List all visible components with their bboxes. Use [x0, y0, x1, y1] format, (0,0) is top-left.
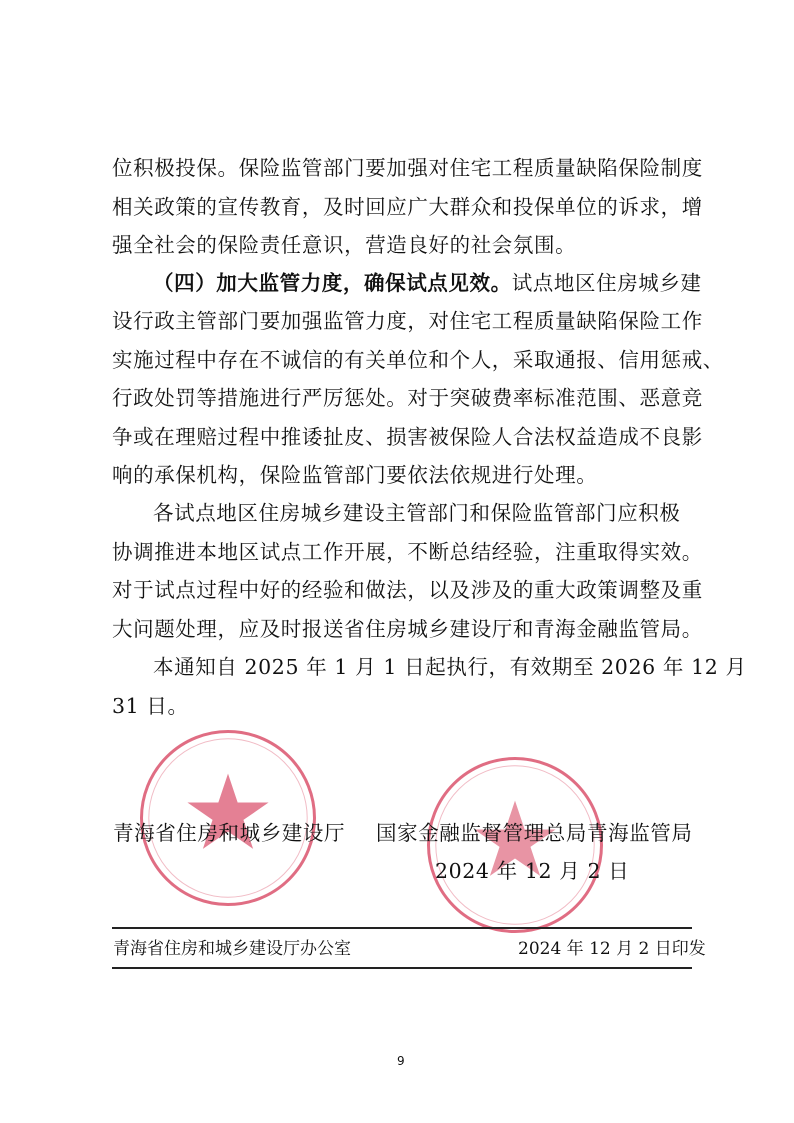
footer-issue-date: 2024 年 12 月 2 日印发: [518, 938, 706, 960]
footer-issuer: 青海省住房和城乡建设厅办公室: [113, 938, 351, 960]
seal-star-icon: [143, 733, 313, 903]
body-line: 协调推进本地区试点工作开展，不断总结经验，注重取得实效。: [112, 539, 692, 565]
body-line: 本通知自 2025 年 1 月 1 日起执行，有效期至 2026 年 12 月: [153, 654, 693, 680]
body-line: 响的承保机构，保险监管部门要依法依规进行处理。: [112, 462, 692, 488]
document-page: 位积极投保。保险监管部门要加强对住宅工程质量缺陷保险制度 相关政策的宣传教育，及…: [0, 0, 794, 1123]
official-seal-left: [140, 730, 316, 906]
body-line: 行政处罚等措施进行严厉惩处。对于突破费率标准范围、恶意竞: [112, 385, 692, 411]
signatory-right: 国家金融监督管理总局青海监管局: [376, 820, 693, 846]
page-number: 9: [397, 1054, 405, 1068]
body-line: 位积极投保。保险监管部门要加强对住宅工程质量缺陷保险制度: [112, 155, 692, 181]
section-heading-line: （四）加大监管力度，确保试点见效。试点地区住房城乡建: [153, 270, 693, 296]
body-line: 对于试点过程中好的经验和做法，以及涉及的重大政策调整及重: [112, 577, 692, 603]
footer-top-rule: [112, 927, 692, 929]
body-line: 设行政主管部门要加强监管力度，对住宅工程质量缺陷保险工作: [112, 308, 692, 334]
body-text: 试点地区住房城乡建: [512, 271, 702, 295]
body-line: 实施过程中存在不诚信的有关单位和个人，采取通报、信用惩戒、: [112, 347, 692, 373]
signatory-left: 青海省住房和城乡建设厅: [113, 820, 345, 846]
signature-date: 2024 年 12 月 2 日: [435, 858, 629, 884]
body-line: 大问题处理，应及时报送省住房城乡建设厅和青海金融监管局。: [112, 616, 692, 642]
body-line: 各试点地区住房城乡建设主管部门和保险监管部门应积极: [153, 500, 693, 526]
body-line: 31 日。: [112, 693, 692, 719]
footer-bottom-rule: [112, 967, 692, 969]
body-line: 争或在理赔过程中推诿扯皮、损害被保险人合法权益造成不良影: [112, 424, 692, 450]
body-line: 强全社会的保险责任意识，营造良好的社会氛围。: [112, 232, 692, 258]
section-heading: （四）加大监管力度，确保试点见效。: [153, 271, 512, 295]
body-line: 相关政策的宣传教育，及时回应广大群众和投保单位的诉求，增: [112, 194, 692, 220]
